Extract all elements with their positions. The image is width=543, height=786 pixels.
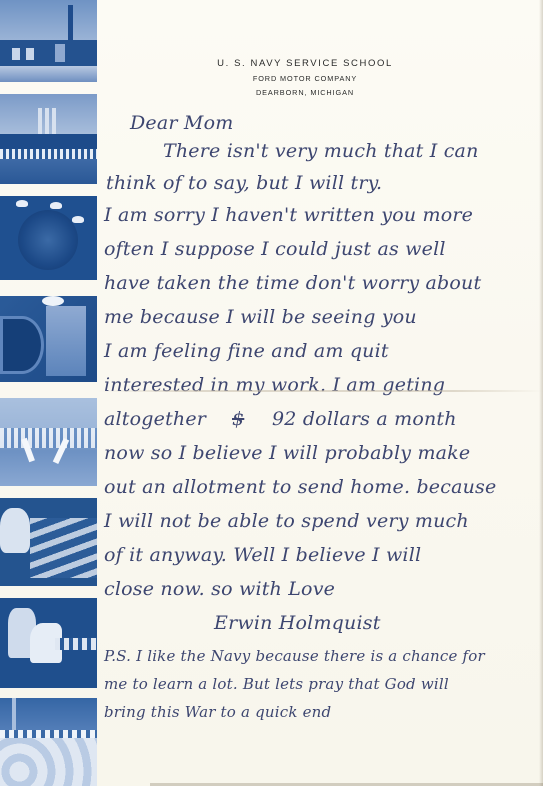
signature: Erwin Holmquist — [214, 612, 381, 634]
photo-baseball — [0, 398, 97, 486]
photo-aircraft-engine — [0, 196, 97, 280]
body-line: think of to say, but I will try. — [106, 172, 382, 194]
salutation: Dear Mom — [130, 112, 233, 134]
struck-word: $ — [232, 408, 244, 430]
photo-workbench — [0, 598, 97, 688]
postscript-line: P.S. I like the Navy because there is a … — [104, 647, 485, 665]
body-line: I am sorry I haven't written you more — [104, 204, 473, 226]
photo-school-buildings — [0, 0, 97, 82]
letterhead-title: U. S. NAVY SERVICE SCHOOL — [200, 57, 410, 71]
body-line: often I suppose I could just as well — [104, 238, 446, 260]
letterhead-location: DEARBORN, MICHIGAN — [200, 86, 410, 100]
photo-sailor-engine-work — [0, 296, 97, 382]
paper-fold — [97, 390, 543, 392]
postscript-line: bring this War to a quick end — [104, 703, 331, 721]
body-line: of it anyway. Well I believe I will — [104, 544, 421, 566]
body-line: 92 dollars a month — [272, 408, 457, 430]
body-line: have taken the time don't worry about — [104, 272, 481, 294]
body-line: There isn't very much that I can — [163, 140, 479, 162]
photo-classroom — [0, 698, 97, 786]
postscript-line: me to learn a lot. But lets pray that Go… — [104, 675, 449, 693]
paper-edge — [539, 0, 543, 786]
photo-sailors-marching — [0, 94, 97, 184]
letterhead-company: FORD MOTOR COMPANY — [200, 71, 410, 86]
body-line: close now. so with Love — [104, 578, 335, 600]
letter-page: U. S. NAVY SERVICE SCHOOL FORD MOTOR COM… — [0, 0, 543, 786]
body-line: out an allotment to send home. because — [104, 476, 496, 498]
photo-strip — [0, 0, 97, 786]
body-line: now so I believe I will probably make — [104, 442, 470, 464]
body-line: I will not be able to spend very much — [104, 510, 469, 532]
letterhead: U. S. NAVY SERVICE SCHOOL FORD MOTOR COM… — [200, 57, 410, 100]
body-line: I am feeling fine and am quit — [104, 340, 389, 362]
body-line: me because I will be seeing you — [104, 306, 417, 328]
body-line: altogether — [104, 408, 206, 430]
photo-mess-hall — [0, 498, 97, 586]
body-line: interested in my work. I am geting — [104, 374, 445, 396]
